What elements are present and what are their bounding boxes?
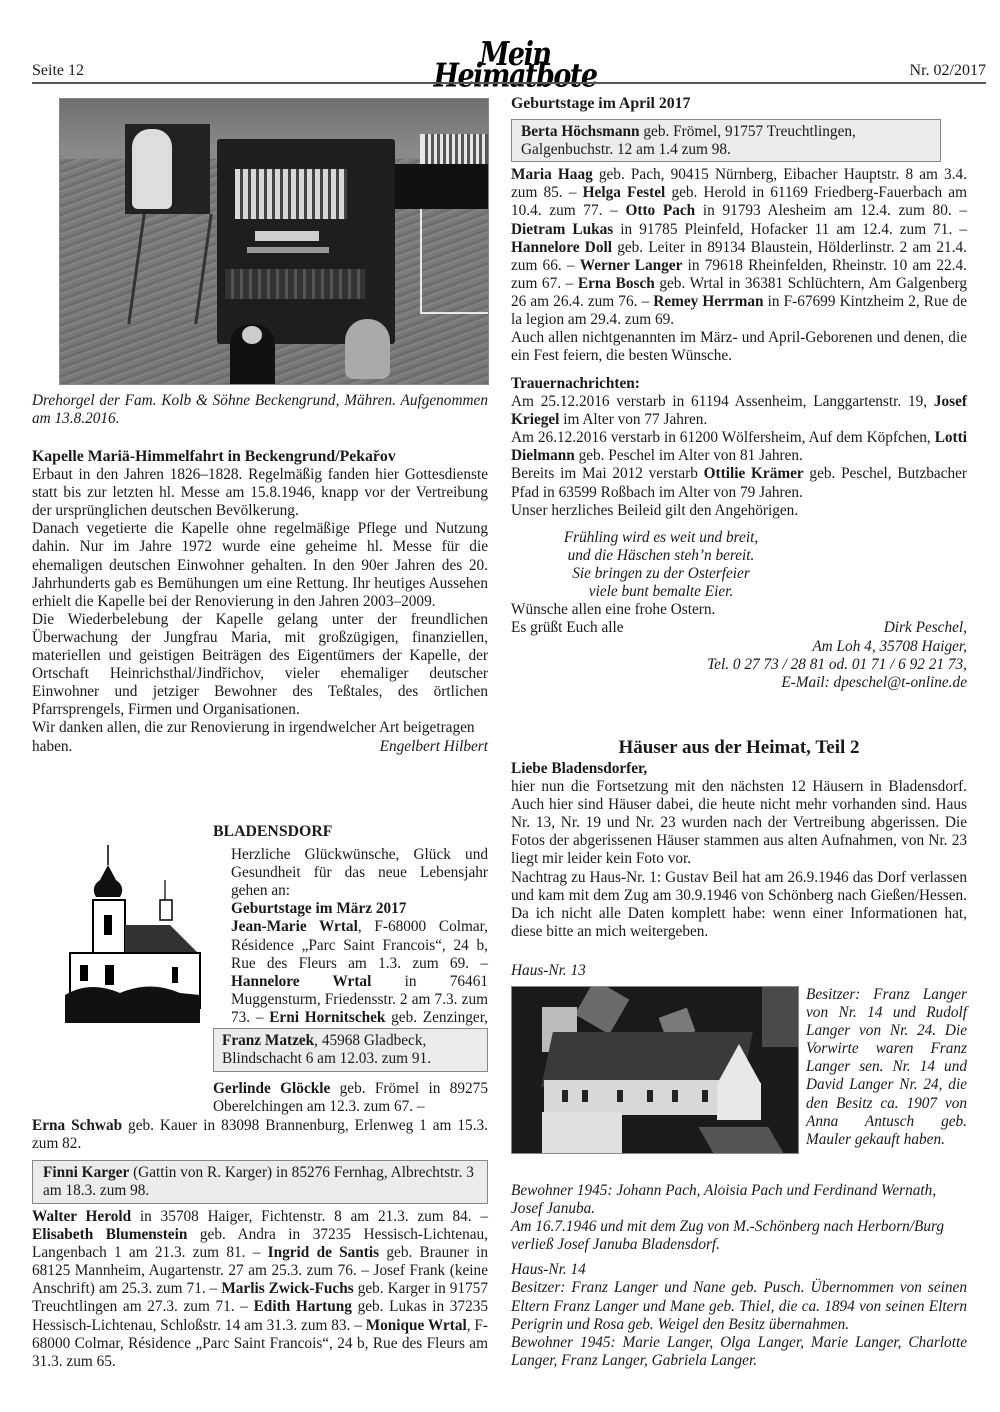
haeuser-article: Häuser aus der Heimat, Teil 2 Liebe Blad… bbox=[511, 737, 967, 941]
highlight-box: Berta Höchsmann geb. Frömel, 91757 Treuc… bbox=[511, 119, 941, 162]
kapelle-author: Engelbert Hilbert bbox=[380, 738, 488, 756]
kapelle-paragraph: Erbaut in den Jahren 1826–1828. Regelmäß… bbox=[32, 466, 488, 520]
issue-number: Nr. 02/2017 bbox=[910, 62, 986, 80]
obituaries: Trauernachrichten: Am 25.12.2016 verstar… bbox=[511, 375, 967, 520]
kapelle-paragraph: Wir danken allen, die zur Renovierung in… bbox=[32, 719, 488, 755]
house-13-owner: Besitzer: Franz Langer von Nr. 14 und Ru… bbox=[806, 986, 967, 1149]
poem-line: Frühling wird es weit und breit, bbox=[511, 529, 811, 547]
house-label: Haus-Nr. 14 bbox=[511, 1261, 967, 1279]
april-birthday-list: Maria Haag geb. Pach, 90415 Nürnberg, Ei… bbox=[511, 166, 967, 329]
highlight-box: Finni Karger (Gattin von R. Karger) in 8… bbox=[32, 1160, 488, 1204]
signature: Dirk Peschel, Am Loh 4, 35708 Haiger, Te… bbox=[707, 619, 967, 691]
kapelle-paragraph: Danach vegetierte die Kapelle ohne regel… bbox=[32, 520, 488, 610]
house-13-photo bbox=[511, 986, 799, 1154]
bladensdorf-title: BLADENSDORF bbox=[213, 823, 488, 841]
kapelle-article: Kapelle Mariä-Himmelfahrt in Beckengrund… bbox=[32, 448, 488, 756]
email-link[interactable]: E-Mail: dpeschel@t-online.de bbox=[707, 674, 967, 692]
header-rule bbox=[32, 82, 986, 84]
house-label: Haus-Nr. 13 bbox=[511, 962, 967, 980]
photo-caption: Drehorgel der Fam. Kolb & Söhne Beckengr… bbox=[32, 392, 488, 428]
april-title: Geburtstage im April 2017 bbox=[511, 95, 967, 113]
poem-line: viele bunt bemalte Eier. bbox=[511, 583, 811, 601]
haeuser-title: Häuser aus der Heimat, Teil 2 bbox=[511, 737, 967, 759]
march-birthday-list: Walter Herold in 35708 Haiger, Fichtenst… bbox=[32, 1208, 488, 1371]
easter-poem: Frühling wird es weit und breit, und die… bbox=[511, 529, 967, 638]
obituaries-title: Trauernachrichten: bbox=[511, 375, 967, 393]
church-illustration bbox=[60, 845, 202, 1023]
poem-line: Sie bringen zu der Osterfeier bbox=[511, 565, 811, 583]
kapelle-paragraph: Die Wiederbelebung der Kapelle gelang un… bbox=[32, 611, 488, 720]
page-number: Seite 12 bbox=[32, 62, 84, 80]
april-birthdays: Geburtstage im April 2017 Berta Höchsman… bbox=[511, 95, 967, 365]
highlight-box: Franz Matzek, 45968 Gladbeck, Blindschac… bbox=[213, 1028, 488, 1072]
page-header: Seite 12 Mein Heimatbote Nr. 02/2017 bbox=[32, 48, 986, 82]
barrel-organ-photo bbox=[59, 98, 489, 385]
kapelle-title: Kapelle Mariä-Himmelfahrt in Beckengrund… bbox=[32, 448, 488, 466]
poem-line: und die Häschen steh’n bereit. bbox=[511, 547, 811, 565]
